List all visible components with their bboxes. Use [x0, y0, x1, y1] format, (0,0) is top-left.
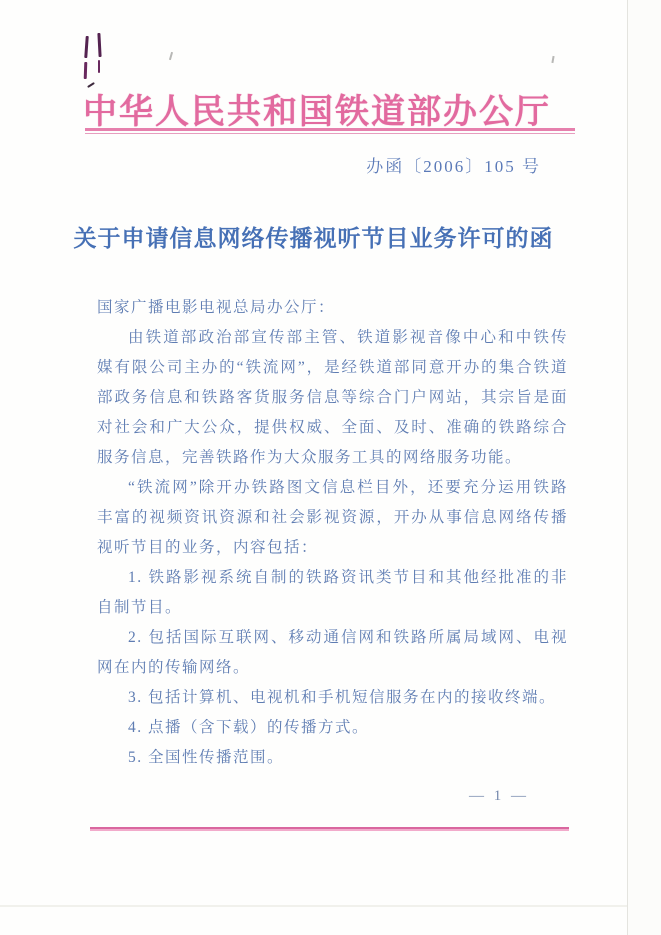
- body-paragraph: “铁流网”除开办铁路图文信息栏目外，还要充分运用铁路丰富的视频资讯资源和社会影视…: [97, 473, 568, 563]
- ink-mark: [97, 33, 101, 57]
- numbered-item: 3. 包括计算机、电视机和手机短信服务在内的接收终端。: [97, 683, 568, 713]
- numbered-item: 2. 包括国际互联网、移动通信网和铁路所属局域网、电视网在内的传输网络。: [97, 623, 568, 683]
- letterhead-divider-thick-line: [85, 128, 575, 131]
- letterhead-org-name: 中华人民共和国铁道部办公厅: [83, 84, 579, 133]
- document-title: 关于申请信息网络传播视听节目业务许可的函: [0, 220, 627, 253]
- ink-mark: [84, 62, 88, 79]
- footer-rule: [90, 827, 569, 831]
- addressee: 国家广播电影电视总局办公厅：: [97, 293, 568, 323]
- scanned-document: 中华人民共和国铁道部办公厅 办函〔2006〕105 号 关于申请信息网络传播视听…: [0, 0, 661, 935]
- page-number: — 1 —: [469, 788, 529, 805]
- document-page: 中华人民共和国铁道部办公厅 办函〔2006〕105 号 关于申请信息网络传播视听…: [0, 0, 628, 935]
- scan-artifact-line: [0, 905, 627, 907]
- numbered-item: 4. 点播（含下载）的传播方式。: [97, 713, 568, 743]
- numbered-item: 5. 全国性传播范围。: [97, 743, 568, 773]
- ink-mark: [84, 36, 89, 58]
- scan-speck: [169, 52, 173, 60]
- ink-mark: [98, 60, 100, 73]
- body-paragraph: 由铁道部政治部宣传部主管、铁道影视音像中心和中铁传媒有限公司主办的“铁流网”，是…: [97, 323, 568, 473]
- scan-speck: [551, 56, 554, 63]
- letter-body: 国家广播电影电视总局办公厅： 由铁道部政治部宣传部主管、铁道影视音像中心和中铁传…: [97, 293, 568, 773]
- numbered-item: 1. 铁路影视系统自制的铁路资讯类节目和其他经批准的非自制节目。: [97, 563, 568, 623]
- document-number: 办函〔2006〕105 号: [366, 152, 541, 177]
- letterhead-divider: [85, 128, 575, 134]
- letterhead-divider-thin-line: [85, 133, 575, 134]
